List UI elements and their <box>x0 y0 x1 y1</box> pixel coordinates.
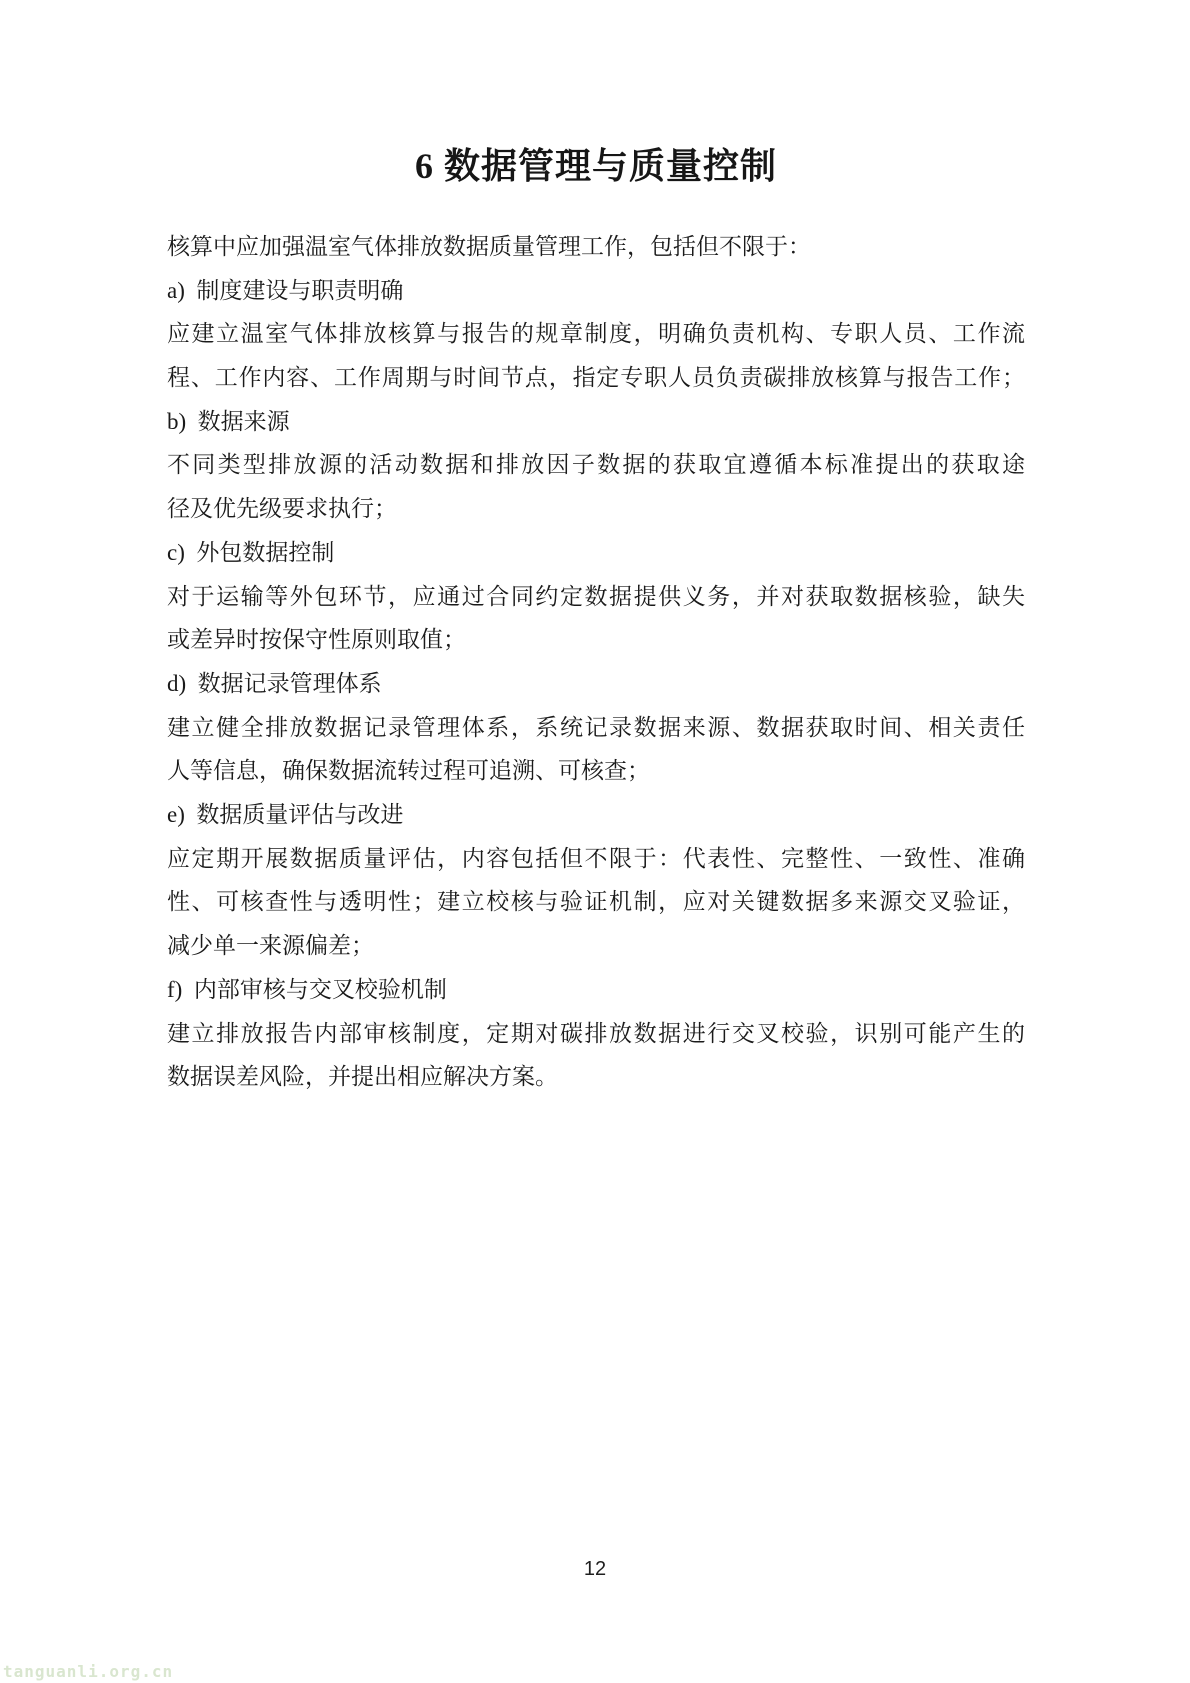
body-text-line: c) 外包数据控制 <box>167 531 1025 575</box>
watermark: tanguanli.org.cn <box>3 1662 173 1681</box>
body-text-line: f) 内部审核与交叉校验机制 <box>167 968 1025 1012</box>
page-number: 12 <box>0 1558 1190 1581</box>
body-text-line: 径及优先级要求执行； <box>167 487 1025 531</box>
section-body: 核算中应加强温室气体排放数据质量管理工作，包括但不限于：a) 制度建设与职责明确… <box>167 225 1025 1099</box>
body-text-line: 建立健全排放数据记录管理体系，系统记录数据来源、数据获取时间、相关责任 <box>167 706 1025 750</box>
body-text-line: 核算中应加强温室气体排放数据质量管理工作，包括但不限于： <box>167 225 1025 269</box>
document-page: 6 数据管理与质量控制 核算中应加强温室气体排放数据质量管理工作，包括但不限于：… <box>0 0 1190 1683</box>
body-text-line: 应定期开展数据质量评估，内容包括但不限于：代表性、完整性、一致性、准确 <box>167 837 1025 881</box>
body-text-line: b) 数据来源 <box>167 400 1025 444</box>
body-text-line: 建立排放报告内部审核制度，定期对碳排放数据进行交叉校验，识别可能产生的 <box>167 1012 1025 1056</box>
body-text-line: 性、可核查性与透明性；建立校核与验证机制，应对关键数据多来源交叉验证， <box>167 880 1025 924</box>
document-content: 6 数据管理与质量控制 核算中应加强温室气体排放数据质量管理工作，包括但不限于：… <box>167 144 1025 1099</box>
body-text-line: e) 数据质量评估与改进 <box>167 793 1025 837</box>
body-text-line: a) 制度建设与职责明确 <box>167 269 1025 313</box>
body-text-line: 应建立温室气体排放核算与报告的规章制度，明确负责机构、专职人员、工作流 <box>167 312 1025 356</box>
body-text-line: 减少单一来源偏差； <box>167 924 1025 968</box>
body-text-line: 或差异时按保守性原则取值； <box>167 618 1025 662</box>
body-text-line: 人等信息，确保数据流转过程可追溯、可核查； <box>167 749 1025 793</box>
body-text-line: d) 数据记录管理体系 <box>167 662 1025 706</box>
body-text-line: 对于运输等外包环节，应通过合同约定数据提供义务，并对获取数据核验，缺失 <box>167 575 1025 619</box>
body-text-line: 数据误差风险，并提出相应解决方案。 <box>167 1055 1025 1099</box>
body-text-line: 不同类型排放源的活动数据和排放因子数据的获取宜遵循本标准提出的获取途 <box>167 443 1025 487</box>
body-text-line: 程、工作内容、工作周期与时间节点，指定专职人员负责碳排放核算与报告工作； <box>167 356 1025 400</box>
section-title: 6 数据管理与质量控制 <box>167 144 1025 188</box>
